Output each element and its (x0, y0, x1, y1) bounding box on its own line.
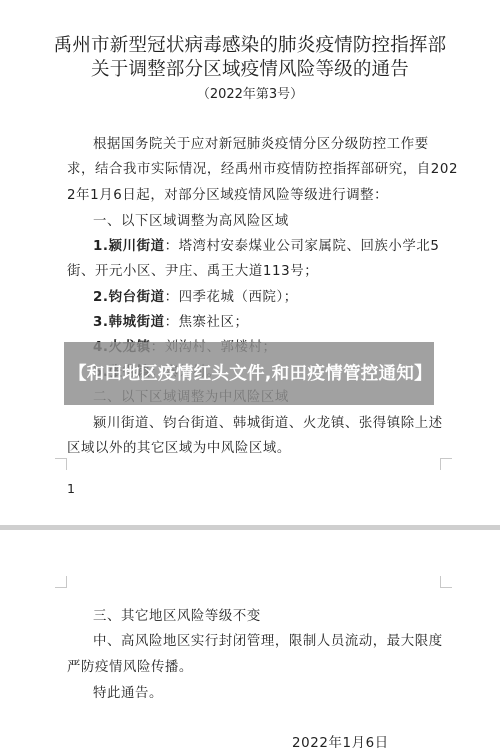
high-risk-item: 2.钧台街道：四季花城（西院）； (93, 286, 298, 305)
intro-line: 求，结合我市实际情况，经禹州市疫情防控指挥部研究，自202 (67, 158, 458, 177)
page-corner-mark (55, 458, 67, 470)
document-title-line1: 禹州市新型冠状病毒感染的肺炎疫情防控指挥部 (0, 31, 500, 57)
page-corner-mark (440, 576, 452, 588)
intro-line: 2年1月6日起，对部分区域疫情风险等级进行调整： (67, 184, 388, 203)
section3-heading: 三、其它地区风险等级不变 (93, 605, 261, 624)
item-label: 2.钧台街道 (93, 290, 165, 305)
high-risk-item: 1.颍川街道：塔湾村安泰煤业公司家属院、回族小学北5 (93, 235, 440, 254)
item-text: ：四季花城（西院）； (165, 290, 298, 305)
intro-line: 根据国务院关于应对新冠肺炎疫情分区分级防控工作要 (93, 133, 429, 152)
page-separator (0, 525, 500, 530)
section3-line: 中、高风险地区实行封闭管理，限制人员流动，最大限度 (93, 630, 443, 649)
caption-text: 【和田地区疫情红头文件,和田疫情管控通知】 (69, 363, 429, 385)
section1-heading: 一、以下区域调整为高风险区域 (93, 210, 289, 229)
section2-line: 颍川街道、钧台街道、韩城街道、火龙镇、张得镇除上述 (93, 412, 443, 431)
page-corner-mark (55, 576, 67, 588)
item-text: ：塔湾村安泰煤业公司家属院、回族小学北5 (165, 239, 440, 254)
page-corner-mark (440, 458, 452, 470)
caption-overlay: 【和田地区疫情红头文件,和田疫情管控通知】 (64, 342, 434, 405)
document-title-line2: 关于调整部分区域疫情风险等级的通告 (0, 55, 500, 81)
item-label: 1.颍川街道 (93, 239, 165, 254)
section3-line: 严防疫情风险传播。 (67, 656, 193, 675)
closing-text: 特此通告。 (93, 682, 163, 701)
item-text: ：焦寨社区； (165, 315, 249, 330)
page-number: 1 (67, 481, 75, 496)
document-date: 2022年1月6日 (292, 732, 389, 748)
document-number: （2022年第3号） (0, 83, 500, 102)
item-label: 3.韩城街道 (93, 315, 165, 330)
section2-line: 区域以外的其它区域为中风险区域。 (67, 437, 291, 456)
high-risk-item-continued: 街、开元小区、尹庄、禹王大道113号； (67, 260, 318, 279)
high-risk-item: 3.韩城街道：焦寨社区； (93, 311, 249, 330)
